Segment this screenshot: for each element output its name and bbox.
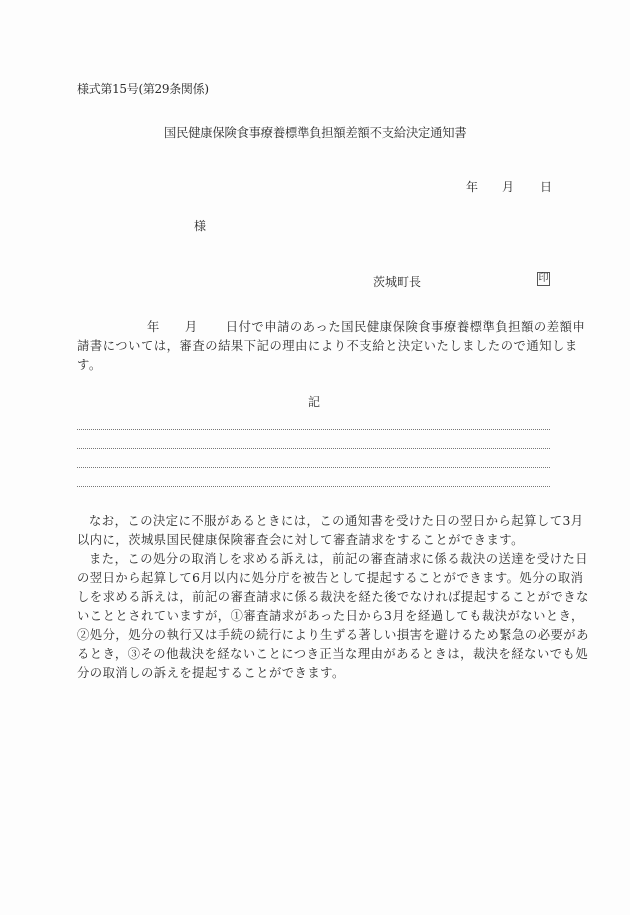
remarks-line: の翌日から起算して6月以内に処分庁を被告として提起することができます。処分の取消 bbox=[77, 569, 551, 588]
issuer-name: 茨城町長 bbox=[373, 273, 421, 290]
notice-month-label: 月 bbox=[185, 320, 198, 334]
remarks-line: 以内に，茨城県国民健康保険審査会に対して審査請求をすることができます。 bbox=[77, 531, 551, 550]
remarks-line: ②処分，処分の執行又は手続の続行により生ずる著しい損害を避けるため緊急の必要があ bbox=[77, 626, 551, 645]
ki-heading: 記 bbox=[308, 393, 320, 410]
reason-line-4 bbox=[77, 486, 550, 487]
reason-line-2 bbox=[77, 448, 550, 449]
remarks-section: なお，この決定に不服があるときには，この通知書を受けた日の翌日から起算して3月 … bbox=[77, 512, 551, 683]
remarks-line: いこととされていますが，①審査請求があった日から3月を経過しても裁決がないとき， bbox=[77, 607, 551, 626]
reason-line-1 bbox=[77, 429, 550, 430]
recipient-suffix: 様 bbox=[194, 217, 206, 234]
remarks-line: また，この処分の取消しを求める訴えは，前記の審査請求に係る裁決の送達を受けた日 bbox=[77, 550, 551, 569]
remarks-line: るとき，③その他裁決を経ないことにつき正当な理由があるときは，裁決を経ないでも処 bbox=[77, 645, 551, 664]
document-page: 様式第15号(第29条関係) 国民健康保険食事療養標準負担額差額不支給決定通知書… bbox=[0, 0, 630, 915]
notice-line-3: す。 bbox=[77, 356, 551, 375]
notice-line-1: 年月日付で申請のあった国民健康保険食事療養標準負担額の差額申 bbox=[77, 318, 551, 337]
seal-stamp-box: 印 bbox=[537, 272, 550, 286]
remarks-line: 分の取消しの訴えを提起することができます。 bbox=[77, 664, 551, 683]
month-label: 月 bbox=[502, 178, 540, 195]
day-label: 日 bbox=[540, 178, 552, 195]
issue-date: 年月日 bbox=[466, 178, 552, 195]
seal-icon: 印 bbox=[538, 273, 549, 285]
document-title: 国民健康保険食事療養標準負担額差額不支給決定通知書 bbox=[164, 123, 466, 141]
notice-body: 年月日付で申請のあった国民健康保険食事療養標準負担額の差額申 請書については，審… bbox=[77, 318, 551, 375]
reason-line-3 bbox=[77, 467, 550, 468]
remarks-line: なお，この決定に不服があるときには，この通知書を受けた日の翌日から起算して3月 bbox=[77, 512, 551, 531]
year-label: 年 bbox=[466, 178, 502, 195]
remarks-line: しを求める訴えは，前記の審査請求に係る裁決を経た後でなければ提起することができな bbox=[77, 588, 551, 607]
notice-year-label: 年 bbox=[147, 320, 160, 334]
notice-line-2: 請書については，審査の結果下記の理由により不支給と決定いたしましたので通知しま bbox=[77, 337, 551, 356]
form-number: 様式第15号(第29条関係) bbox=[77, 80, 209, 97]
notice-line-1-text: 日付で申請のあった国民健康保険食事療養標準負担額の差額申 bbox=[226, 320, 586, 334]
